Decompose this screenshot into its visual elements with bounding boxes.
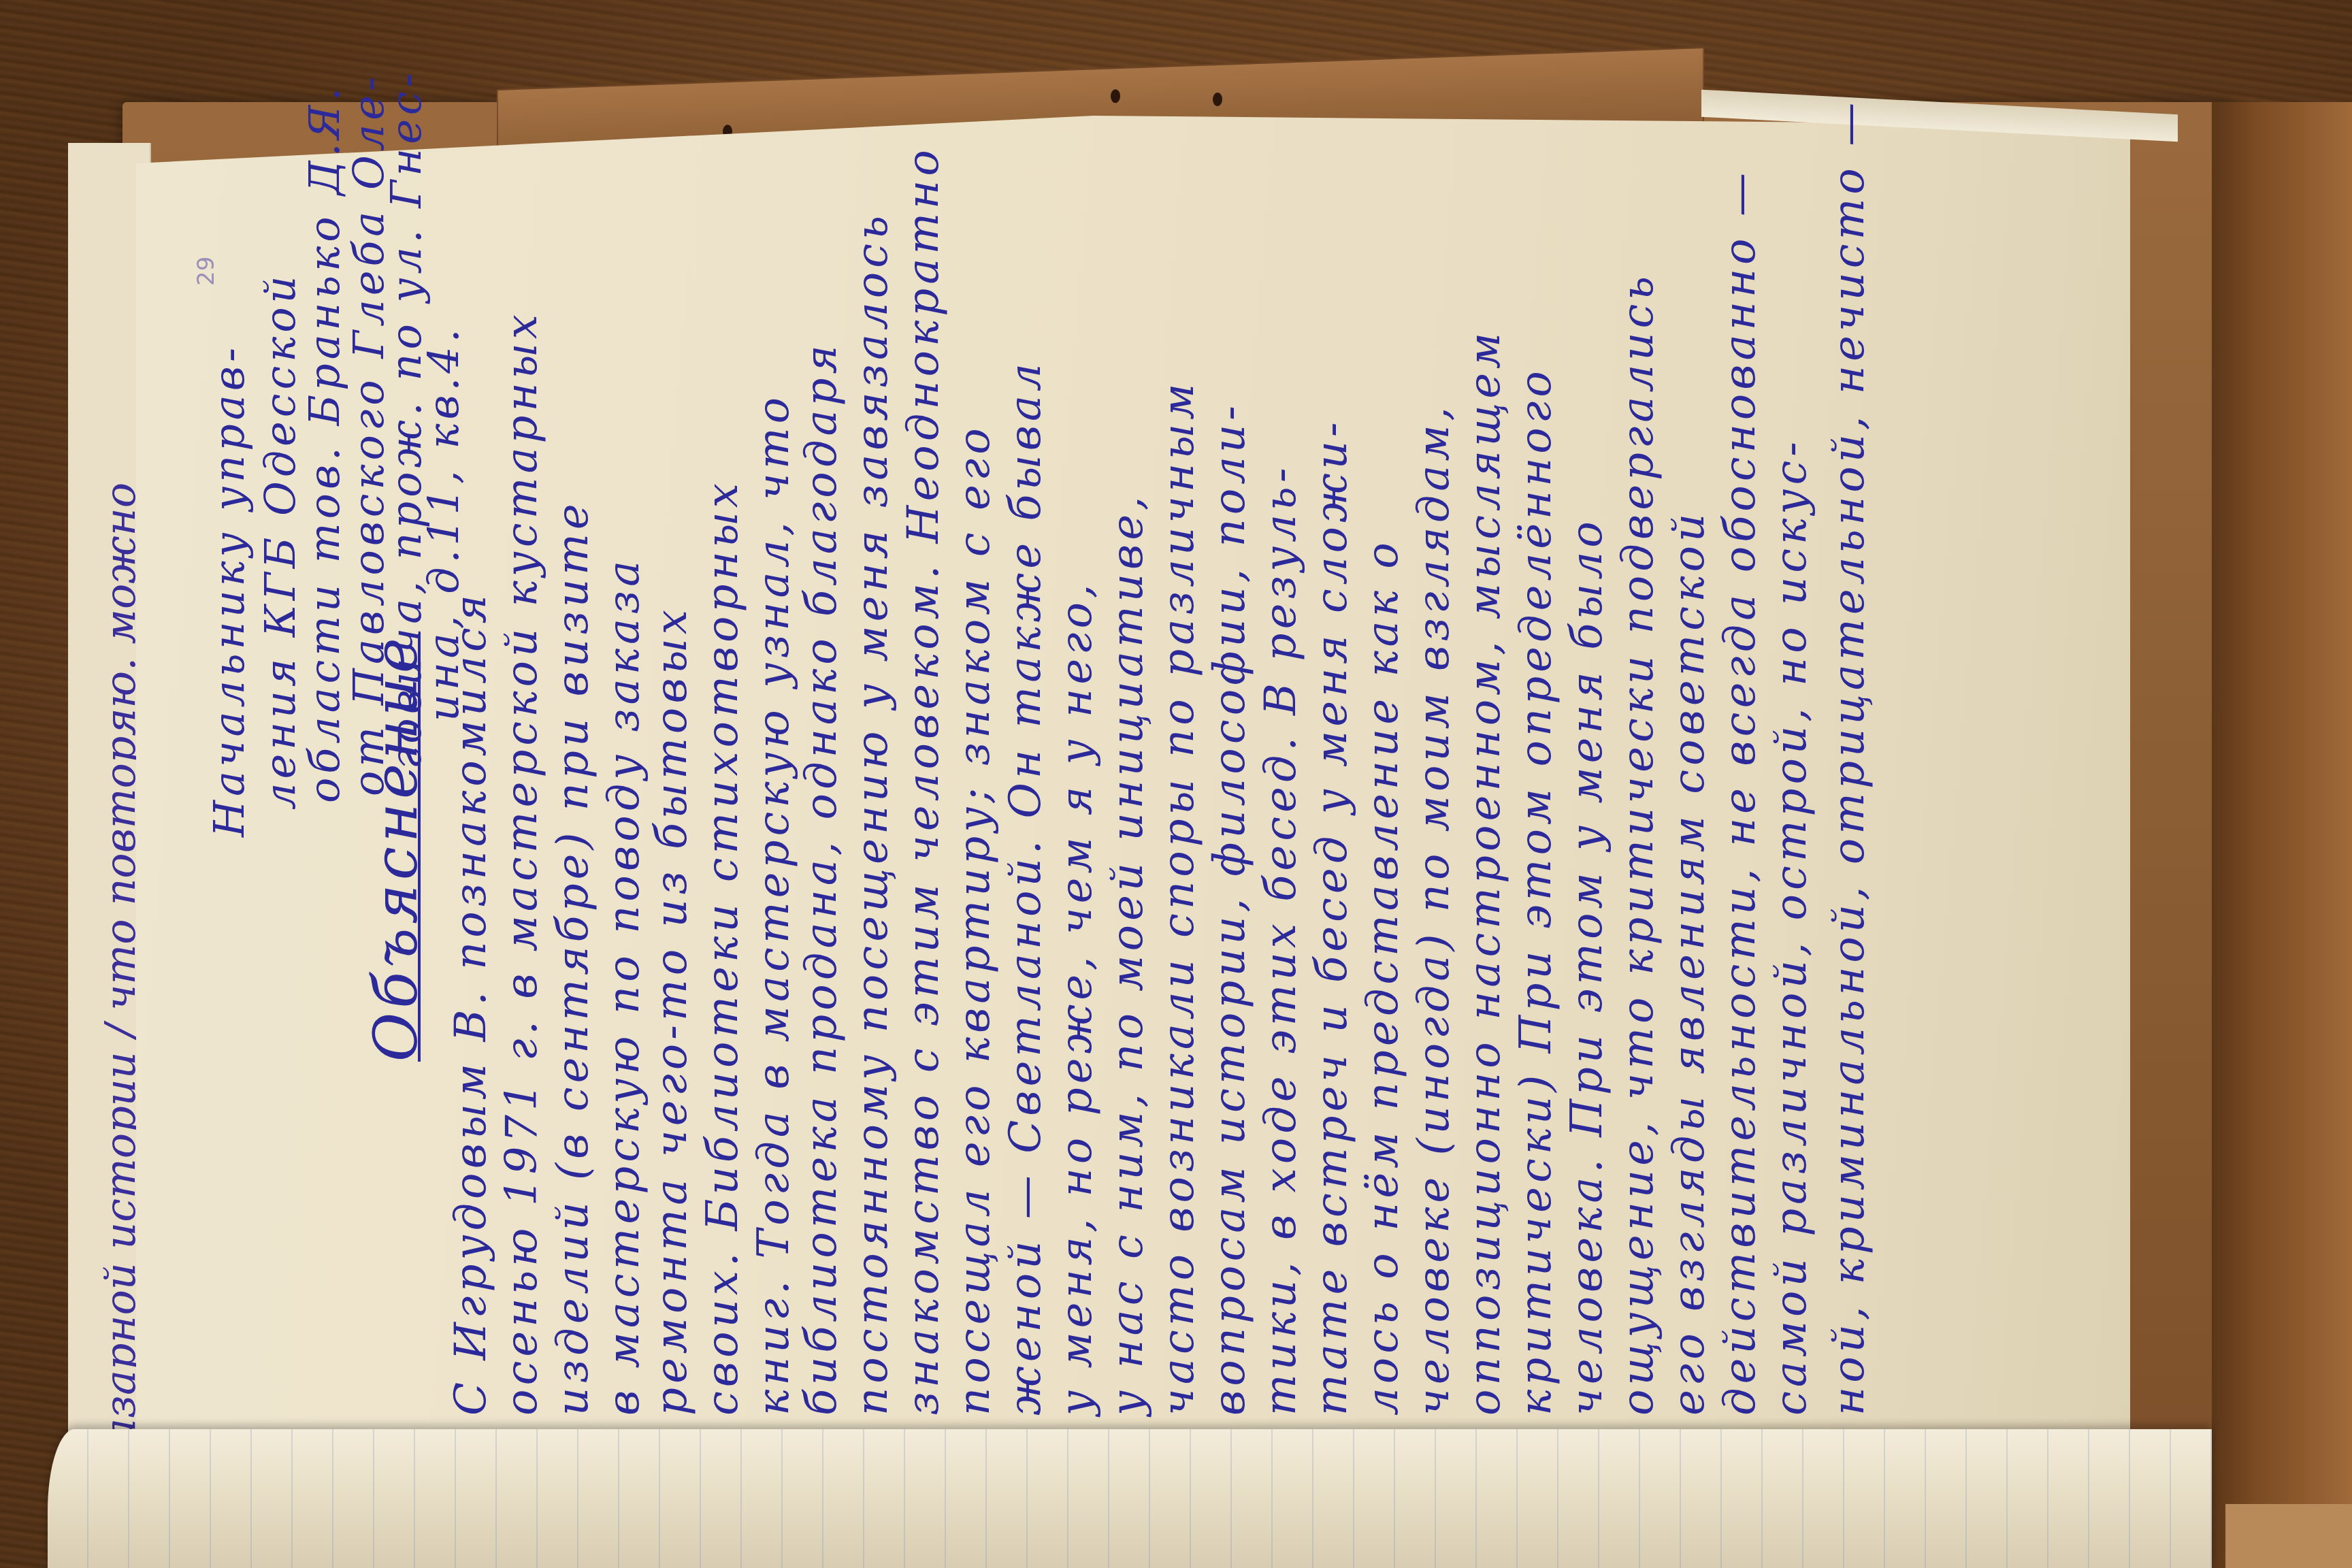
curled-page-edge — [48, 1429, 2212, 1568]
body-line: в мастерскую по поводу заказа — [599, 557, 649, 1416]
header-line: области тов. Бранько Д.Я. — [299, 84, 349, 803]
body-line: у нас с ним, по моей инициативе, — [1102, 493, 1153, 1416]
body-line: С Игрудовым В. познакомился — [446, 591, 496, 1416]
body-line: его взгляды явлениям советской — [1664, 510, 1714, 1416]
body-line: тики, в ходе этих бесед. В резуль- — [1256, 463, 1306, 1416]
handwritten-text: Начальнику управ- ления КГБ Одесской обл… — [0, 0, 2352, 1568]
body-line: книг. Тогда в мастерскую узнал, что — [749, 393, 799, 1416]
body-line: у меня, но реже, чем я у него, — [1051, 581, 1102, 1416]
body-line: изделий (в сентябре) при визите — [548, 500, 598, 1416]
body-line: библиотека продана, однако благодаря — [796, 341, 847, 1416]
body-line: ремонта чего-то из бытовых — [647, 606, 697, 1416]
body-line: оппозиционно настроенном, мыслящем — [1460, 329, 1510, 1416]
body-line: тате встреч и бесед у меня сложи- — [1307, 418, 1357, 1416]
body-line: человеке (иногда) по моим взглядам, — [1409, 403, 1459, 1416]
body-line: часто возникали споры по различным — [1154, 380, 1204, 1416]
body-line: своих. Библиотеки стихотворных — [698, 479, 748, 1416]
body-line: ощущение, что критически подвергались — [1613, 272, 1663, 1416]
body-line: ной, криминальной, отрицательной, нечист… — [1824, 99, 1874, 1416]
body-line: знакомство с этим человеком. Неоднократн… — [898, 146, 949, 1416]
header-line: ления КГБ Одесской — [255, 272, 305, 810]
body-line: женой — Светланой. Он также бывал — [1000, 359, 1051, 1416]
body-line: самой различной, острой, но искус- — [1766, 438, 1816, 1416]
body-line: критически) При этом определённого — [1511, 367, 1561, 1416]
body-line: посещал его квартиру; знаком с его — [949, 424, 1000, 1416]
body-line: человека. При этом у меня было — [1562, 517, 1612, 1416]
header-line: Начальнику управ- — [204, 344, 254, 837]
body-line: действительности, не всегда обоснованно … — [1715, 169, 1765, 1416]
body-line: осенью 1971 г. в мастерской кустарных — [497, 310, 547, 1416]
body-line: постоянному посещению у меня завязалось — [847, 212, 898, 1416]
body-line: вопросам истории, философии, поли- — [1205, 402, 1255, 1416]
document-title: Объяснение — [361, 634, 431, 1062]
body-line: лось о нём представление как о — [1358, 538, 1408, 1416]
ruled-lines — [48, 1429, 2212, 1568]
